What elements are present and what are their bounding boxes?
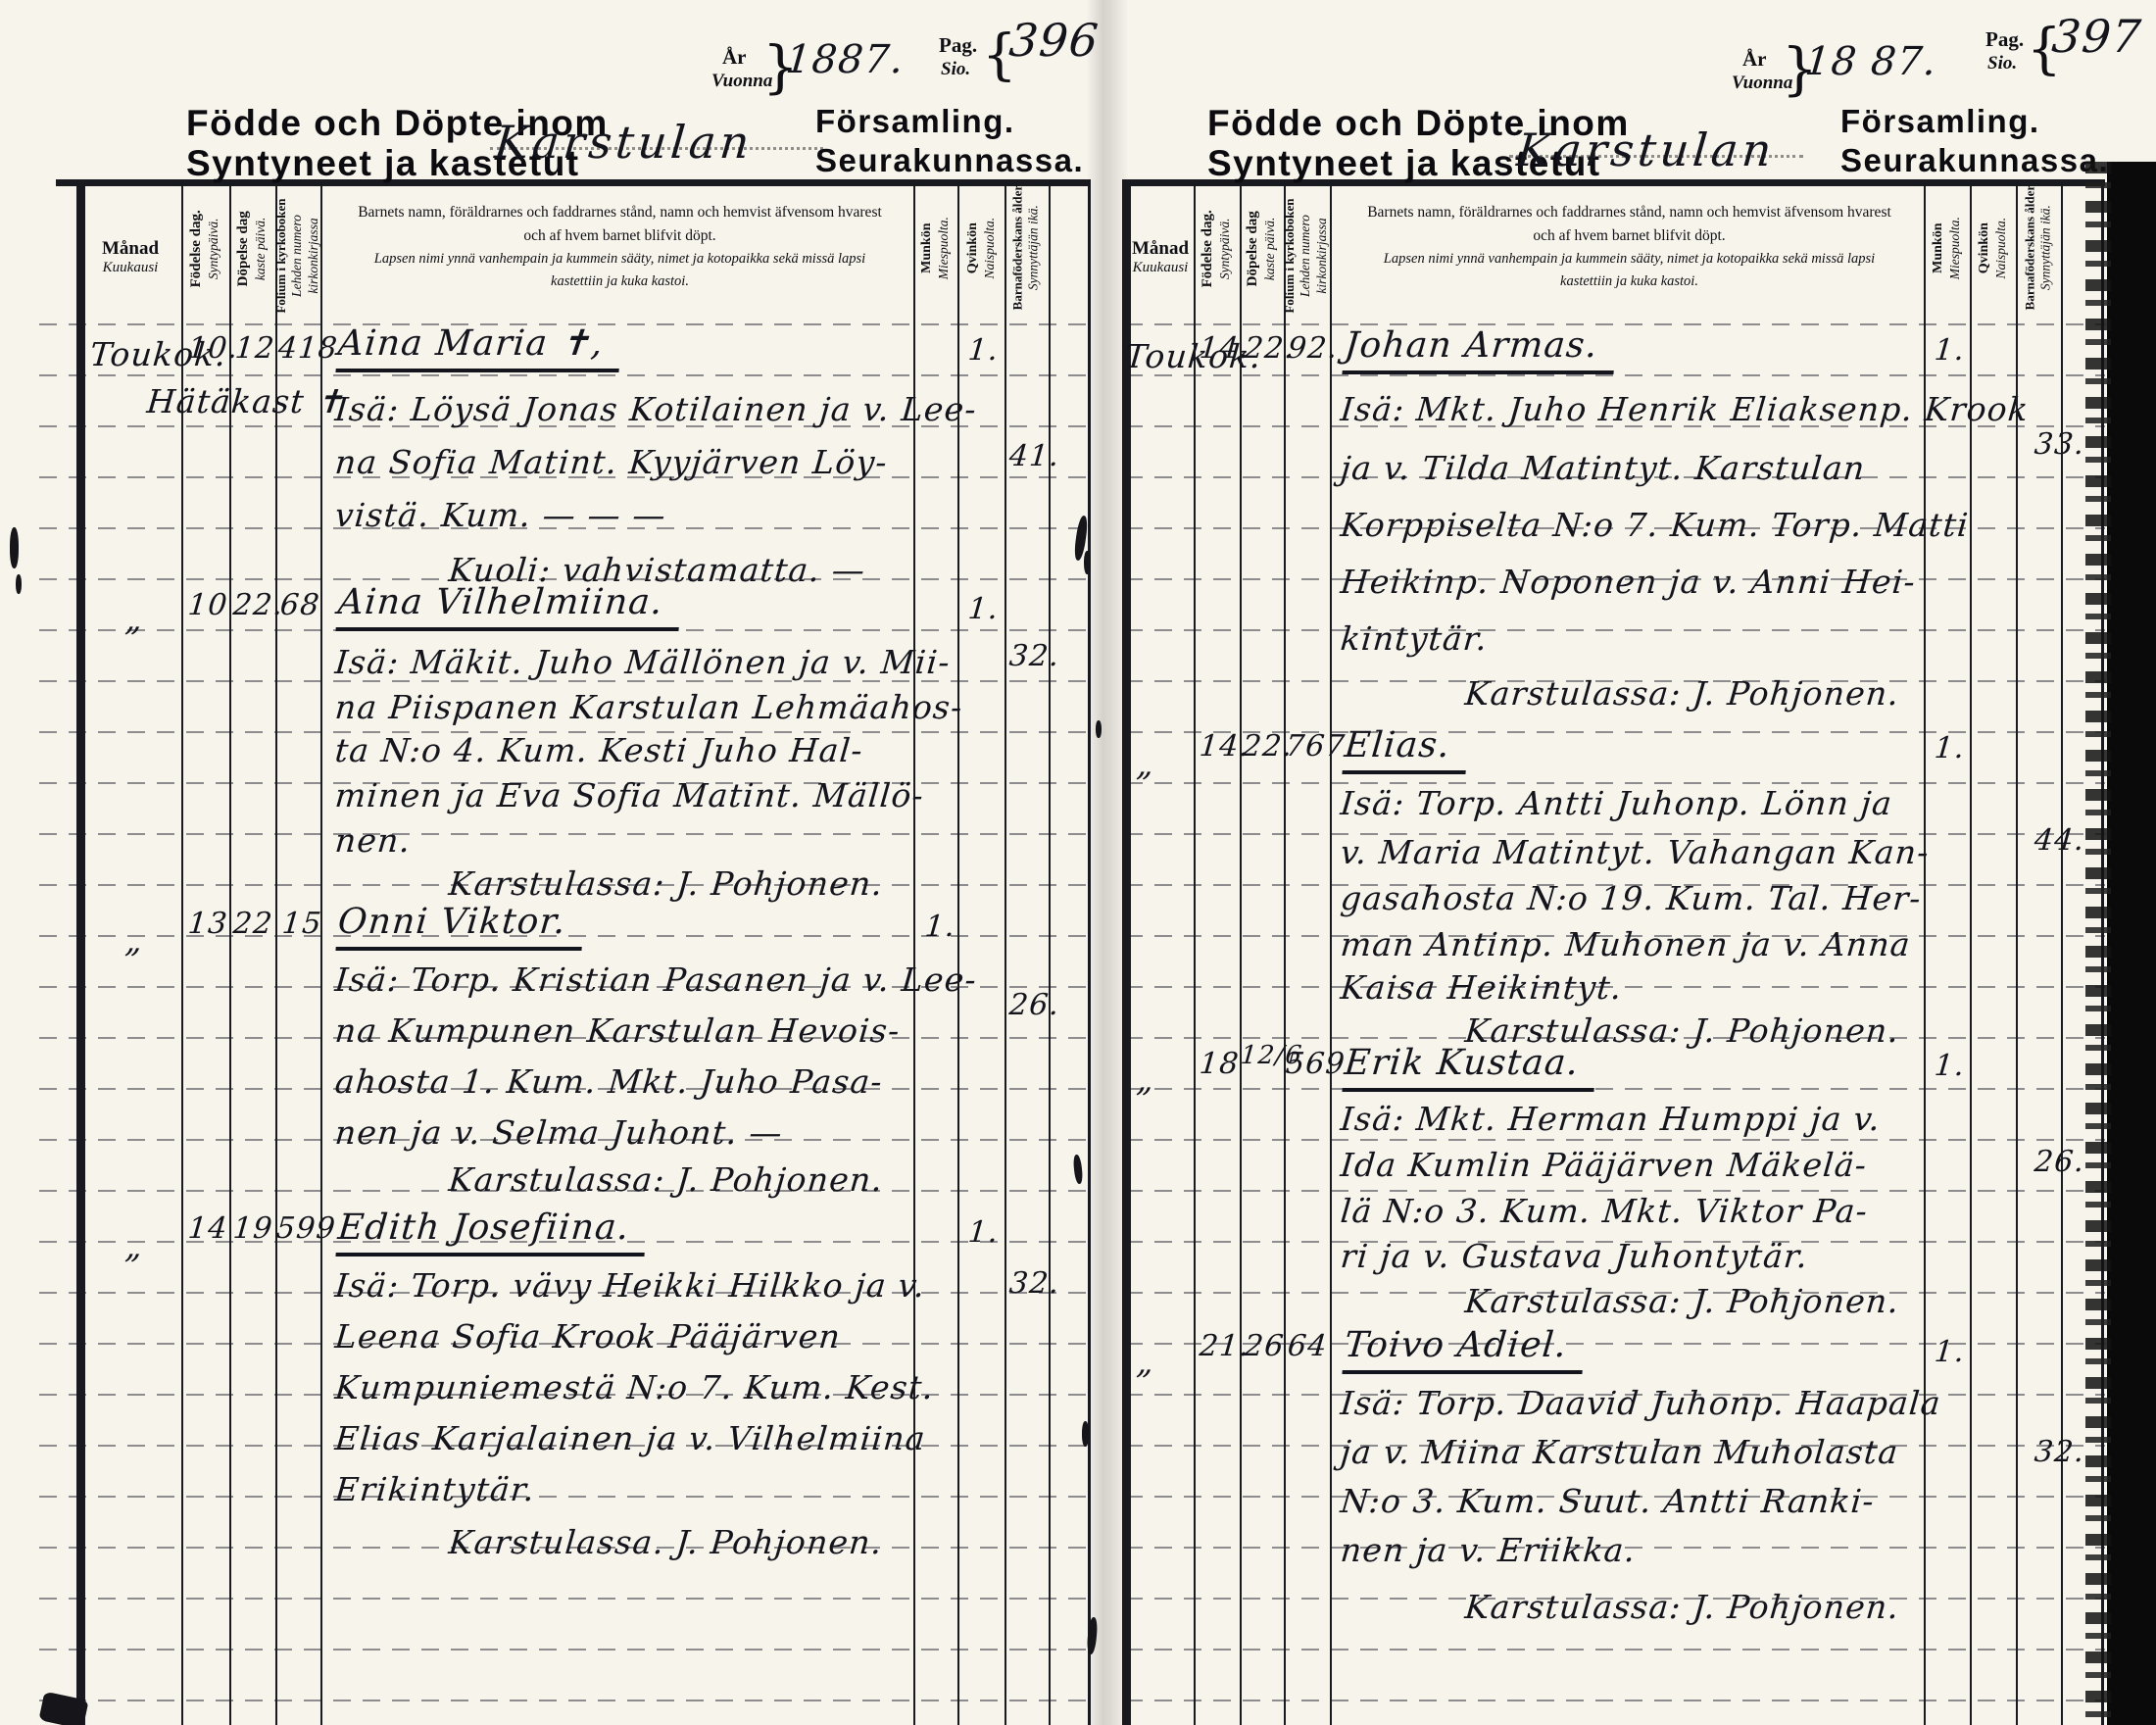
child-name: Johan Armas. [1342,325,1617,374]
column-header-birthday: Födelse dag. Syntypäivä. [187,175,222,322]
entry-text-line: Isä: Torp. Antti Juhonp. Lönn ja [1339,784,1894,822]
column-header-month-fi: Kuukausi [80,260,180,276]
mother-age: 26. [1007,988,1060,1022]
entry-text-line: Isä: Mkt. Juho Henrik Eliaksenp. Krook [1339,390,2031,428]
child-name: Aina Maria ✝, [335,323,622,372]
entry-text-line: gasahosta N:o 19. Kum. Tal. Her- [1339,879,1923,917]
male-count: 1. [923,910,956,944]
ink-speck [1096,720,1102,738]
entry-baptism-day: 26 [1243,1329,1286,1363]
entry-month: „ [1135,1343,1156,1381]
column-header-female-fi: Naispuolta. [1992,174,2009,321]
entry-closing-line: Karstulassa: J. Pohjonen. [447,864,885,903]
entry-month-note: Hätäkast ✝ [145,382,346,420]
column-header-baptismday-fi: kaste päivä. [253,175,269,322]
entry-folium: 599 [274,1211,337,1246]
entry-text-line: ja v. Tilda Matintyt. Karstulan [1339,449,1867,487]
entry-birth-day: 13 [186,907,229,941]
entry-text-line: Erikintytär. [333,1470,537,1508]
male-count: 1. [1933,731,1966,765]
column-header-month: Månad Kuukausi [80,238,180,276]
entry-text-line: ahosta 1. Kum. Mkt. Juho Pasa- [333,1062,884,1101]
column-header-female-sv: Qvinkön [1976,174,1993,321]
child-name: Erik Kustaa. [1342,1043,1598,1092]
column-header-main-sv1: Barnets namn, föräldrarnes och faddrarne… [333,201,906,224]
entry-text-line: Karstulassa: J. Pohjonen. [1463,1588,1901,1626]
year-value: 18 87. [1803,39,1938,84]
entry-folium: 64 [1286,1329,1329,1363]
entry-closing-line: Karstulassa: J. Pohjonen. [447,1160,885,1199]
entry-text-line: Ida Kumlin Pääjärven Mäkelä- [1339,1146,1869,1184]
column-header-folium-fi1: Lehden numero [289,182,306,329]
column-header-mother-age-fi: Synnyttäjän ikä. [2038,174,2055,321]
column-header-folium-fi2: kirkonkirjassa [1314,182,1331,329]
entry-birth-day: 10 [186,588,229,622]
column-header-main-sv2: och af hvem barnet blifvit döpt. [1343,224,1916,248]
pag-label-sv: Pag. [939,33,977,58]
ink-speck [10,527,19,568]
column-header-main: Barnets namn, föräldrarnes och faddrarne… [333,201,906,292]
entry-folium: 418 [276,331,339,366]
entry-text-line: Isä: Mkt. Herman Humppi ja v. [1339,1100,1883,1138]
entry-text-line: nen ja v. Selma Juhont. — [333,1113,784,1152]
column-header-birthday-sv: Födelse dag. [187,175,206,322]
entry-text-line: Leena Sofia Krook Pääjärven [333,1317,842,1355]
entry-folium: 92. [1286,331,1339,366]
column-header-folium-sv: Folium i kyrkoboken [273,182,289,329]
entry-text-line: Isä: Torp. Daavid Juhonp. Haapala [1339,1384,1942,1422]
column-header-female-fi: Naispuolta. [981,174,998,321]
entry-birth-day: 18 [1198,1047,1241,1081]
entry-text-line: Kaisa Heikintyt. [1339,968,1624,1007]
entry-text-line: minen ja Eva Sofia Matint. Mällö- [333,776,925,814]
mother-age: 32. [1007,1266,1060,1301]
column-header-folium-fi2: kirkonkirjassa [306,182,322,329]
column-divider [1284,179,1286,1725]
entry-baptism-day: 12 [233,331,276,366]
entry-text-line: na Sofia Matint. Kyyjärven Löy- [333,443,889,481]
column-header-mother-age-sv: Barnaföderskans ålder [2022,174,2037,321]
scan-edge-ragged [2085,162,2111,1725]
column-header-month-fi: Kuukausi [1110,260,1210,276]
column-header-month-sv: Månad [1110,238,1210,260]
entry-text-line: Isä: Torp. Kristian Pasanen ja v. Lee- [333,961,978,999]
entry-text-line: Isä: Mäkit. Juho Mällönen ja v. Mii- [333,643,952,681]
male-count: 1. [1933,1335,1966,1369]
column-header-folium-fi1: Lehden numero [1298,182,1314,329]
column-header-birthday: Födelse dag. Syntypäivä. [1199,175,1234,322]
entry-month: „ [123,921,145,960]
mother-age: 32. [2033,1435,2085,1469]
column-header-mother-age: Barnaföderskans ålder Synnyttäjän ikä. [1009,174,1042,321]
column-header-birthday-sv: Födelse dag. [1199,175,1217,322]
column-divider [1194,179,1196,1725]
entry-text-line: Kumpuniemestä N:o 7. Kum. Kest. [333,1368,936,1406]
mother-age: 26. [2033,1145,2085,1179]
entry-baptism-day: 19 [231,1211,274,1246]
entry-text-line: nen. [333,821,413,860]
column-header-male-sv: Munkön [1930,174,1947,321]
child-name: Onni Viktor. [335,902,585,951]
year-label-sv: År [722,45,747,70]
entry-text-line: lä N:o 3. Kum. Mkt. Viktor Pa- [1339,1192,1870,1230]
column-header-baptismday-sv: Döpelse dag [234,175,253,322]
scanned-parish-register: År Vuonna } 1887. Pag. Sio. { 396 Födde … [0,0,2156,1725]
male-count: 1. [1933,333,1966,368]
female-count: 1. [966,1215,1000,1250]
column-divider [1004,179,1006,1725]
male-count: 1. [1933,1049,1966,1083]
entry-text-line: vistä. Kum. — — — [333,496,667,534]
entry-text-line: Korppiselta N:o 7. Kum. Torp. Matti [1339,506,1970,544]
column-header-male: Munkön Miespuolta. [918,174,952,321]
entry-closing-line: Karstulassa. J. Pohjonen. [447,1523,884,1561]
entry-baptism-day: 22 [231,907,274,941]
entry-closing-line: Karstulassa: J. Pohjonen. [1463,1282,1901,1320]
female-count: 1. [966,333,1000,368]
page-number: 396 [1007,14,1102,67]
entry-month: „ [1135,745,1156,783]
entry-text-line: Isä: Torp. vävy Heikki Hilkko ja v. [333,1266,927,1305]
column-header-main: Barnets namn, föräldrarnes och faddrarne… [1343,201,1916,292]
pag-label-sv: Pag. [1985,27,2024,52]
entry-folium: 68 [278,588,321,622]
column-header-main-sv2: och af hvem barnet blifvit döpt. [333,224,906,248]
entry-text-line: Elias Karjalainen ja v. Vilhelmiina [333,1419,927,1457]
column-header-mother-age-fi: Synnyttäjän ikä. [1026,174,1043,321]
child-name: Elias. [1342,725,1469,774]
column-header-mother-age: Barnaföderskans ålder Synnyttäjän ikä. [2022,174,2054,321]
column-header-mother-age-sv: Barnaföderskans ålder [1009,174,1025,321]
column-header-main-fi1: Lapsen nimi ynnä vanhempain ja kummein s… [333,248,906,270]
entry-text-line: N:o 3. Kum. Suut. Antti Ranki- [1339,1482,1876,1520]
entry-text-line: na Piispanen Karstulan Lehmäahos- [333,688,964,726]
column-header-baptismday-sv: Döpelse dag [1244,175,1262,322]
column-header-female: Qvinkön Naispuolta. [1976,174,2009,321]
entry-text-line: na Kumpunen Karstulan Hevois- [333,1011,902,1050]
entry-month: „ [1135,1060,1156,1099]
female-count: 1. [966,592,1000,626]
mother-age: 32. [1007,639,1060,673]
ink-speck [1084,551,1091,574]
mother-age: 41. [1007,439,1060,473]
column-header-male-sv: Munkön [918,174,936,321]
pag-label-fi: Sio. [941,59,970,80]
page-title2-sv: Församling. [815,103,1015,140]
pag-label-fi: Sio. [1987,53,2017,74]
column-header-main-fi2: kastettiin ja kuka kastoi. [333,271,906,292]
column-header-male: Munkön Miespuolta. [1930,174,1963,321]
entry-folium: 569 [1284,1047,1347,1081]
mother-age: 44. [2033,823,2085,858]
column-header-baptismday: Döpelse dag kaste päivä. [1244,175,1279,322]
entry-text-line: kintytär. [1339,619,1490,658]
entry-text-line: ja v. Miina Karstulan Muholasta [1339,1433,1900,1471]
child-name: Edith Josefiina. [335,1207,649,1257]
entry-month: „ [123,1227,145,1265]
column-divider [1330,179,1332,1725]
column-header-main-fi2: kastettiin ja kuka kastoi. [1343,271,1916,292]
column-header-baptismday-fi: kaste päivä. [1262,175,1279,322]
ink-speck [16,574,22,594]
child-name: Aina Vilhelmiina. [335,582,682,631]
entry-closing-line: Karstulassa: J. Pohjonen. [1463,674,1901,713]
column-header-female: Qvinkön Naispuolta. [964,174,998,321]
entry-birth-day: 14 [186,1211,229,1246]
ruled-lines [39,274,1090,1725]
parish-name-handwritten: Karstulan [1515,123,1778,176]
table-left-border [76,179,85,1725]
column-divider [1049,179,1051,1725]
column-divider [1240,179,1242,1725]
column-header-female-sv: Qvinkön [964,174,982,321]
entry-text-line: man Antinp. Muhonen ja v. Anna [1339,925,1912,963]
entry-text-line: ta N:o 4. Kum. Kesti Juho Hal- [333,731,864,769]
column-header-male-fi: Miespuolta. [935,174,952,321]
column-header-male-fi: Miespuolta. [1946,174,1963,321]
year-value: 1887. [784,37,906,82]
mother-age: 33. [2033,427,2085,462]
parish-name-handwritten: Karstulan [493,116,756,169]
entry-birth-day: 10. [186,331,239,366]
column-header-month-sv: Månad [80,238,180,260]
entry-folium: 15 [280,907,323,941]
column-header-birthday-fi: Syntypäivä. [1217,175,1234,322]
column-header-baptismday: Döpelse dag kaste päivä. [234,175,269,322]
child-name: Toivo Adiel. [1342,1325,1586,1374]
entry-text-line: Isä: Löysä Jonas Kotilainen ja v. Lee- [333,390,978,428]
entry-text-line: Heikinp. Noponen ja v. Anni Hei- [1339,563,1917,601]
column-header-folium: Folium i kyrkoboken Lehden numero kirkon… [1282,182,1331,329]
column-header-month: Månad Kuukausi [1110,238,1210,276]
page-number: 397 [2050,10,2144,63]
scan-edge-black-band [2107,162,2156,1725]
column-header-main-fi1: Lapsen nimi ynnä vanhempain ja kummein s… [1343,248,1916,270]
entry-text-line: nen ja v. Eriikka. [1339,1531,1638,1569]
ink-speck [1082,1421,1089,1447]
entry-text-line: ri ja v. Gustava Juhontytär. [1339,1237,1810,1275]
column-divider [2061,179,2063,1725]
year-label-sv: År [1742,47,1767,72]
column-header-folium-sv: Folium i kyrkoboken [1282,182,1298,329]
entry-baptism-day: 22. [231,588,284,622]
entry-month: „ [123,600,145,638]
entry-text-line: v. Maria Matintyt. Vahangan Kan- [1339,833,1931,871]
column-header-main-sv1: Barnets namn, föräldrarnes och faddrarne… [1343,201,1916,224]
column-header-folium: Folium i kyrkoboken Lehden numero kirkon… [273,182,322,329]
column-header-birthday-fi: Syntypäivä. [206,175,222,322]
page-title2-sv: Församling. [1840,103,2040,140]
